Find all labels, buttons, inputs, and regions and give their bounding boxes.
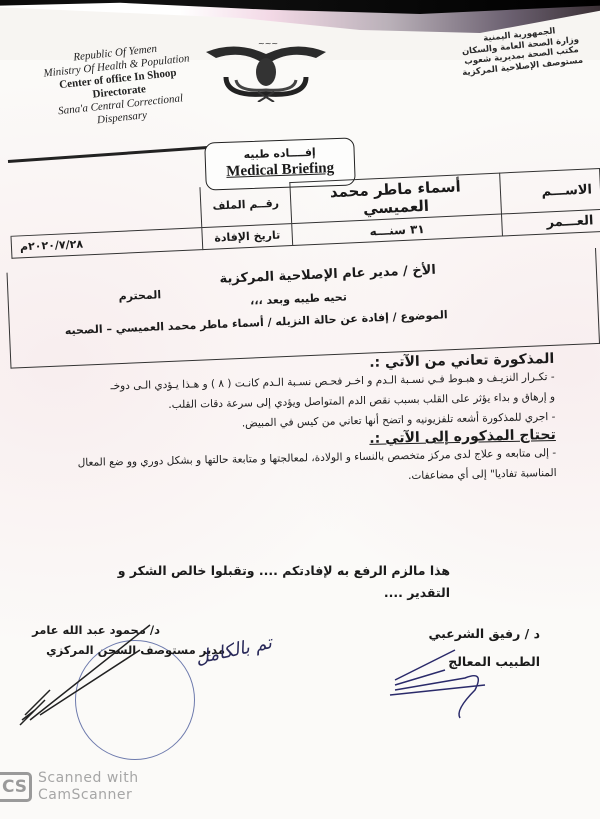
watermark-line: CamScanner [38,787,139,804]
director-signature-icon [10,620,160,730]
name-label: الاســـم [500,169,600,214]
title-english: Medical Briefing [206,159,355,181]
date-label: تاريخ الإفادة [202,224,293,250]
file-number-label: رقــم الملف [200,183,292,228]
watermark-line: Scanned with [38,770,139,787]
subject-line: الموضوع / إفادة عن حالة النزيله / أسماء … [65,308,448,337]
addressee: الأخ / مدير عام الإصلاحية المركزية [219,263,436,287]
yemen-eagle-emblem-icon: ~~~ [196,32,336,102]
greeting: تحيه طيبه وبعد ،،، [250,290,347,307]
closing-remark: هذا مالزم الرفع به لإفادتكم .... وتقبلوا… [90,560,450,604]
letter-body: المذكورة تعاني من الآتي :. - تكـرار النز… [0,350,600,495]
respected-label: المحترم [118,288,161,303]
camscanner-logo-icon: CS [0,772,32,802]
doctor-signature-icon [385,640,505,720]
age-label: العـــمر [501,209,600,236]
svg-text:~~~: ~~~ [258,39,278,48]
camscanner-watermark: CS Scanned with CamScanner [0,770,139,804]
watermark-text: Scanned with CamScanner [38,770,139,804]
